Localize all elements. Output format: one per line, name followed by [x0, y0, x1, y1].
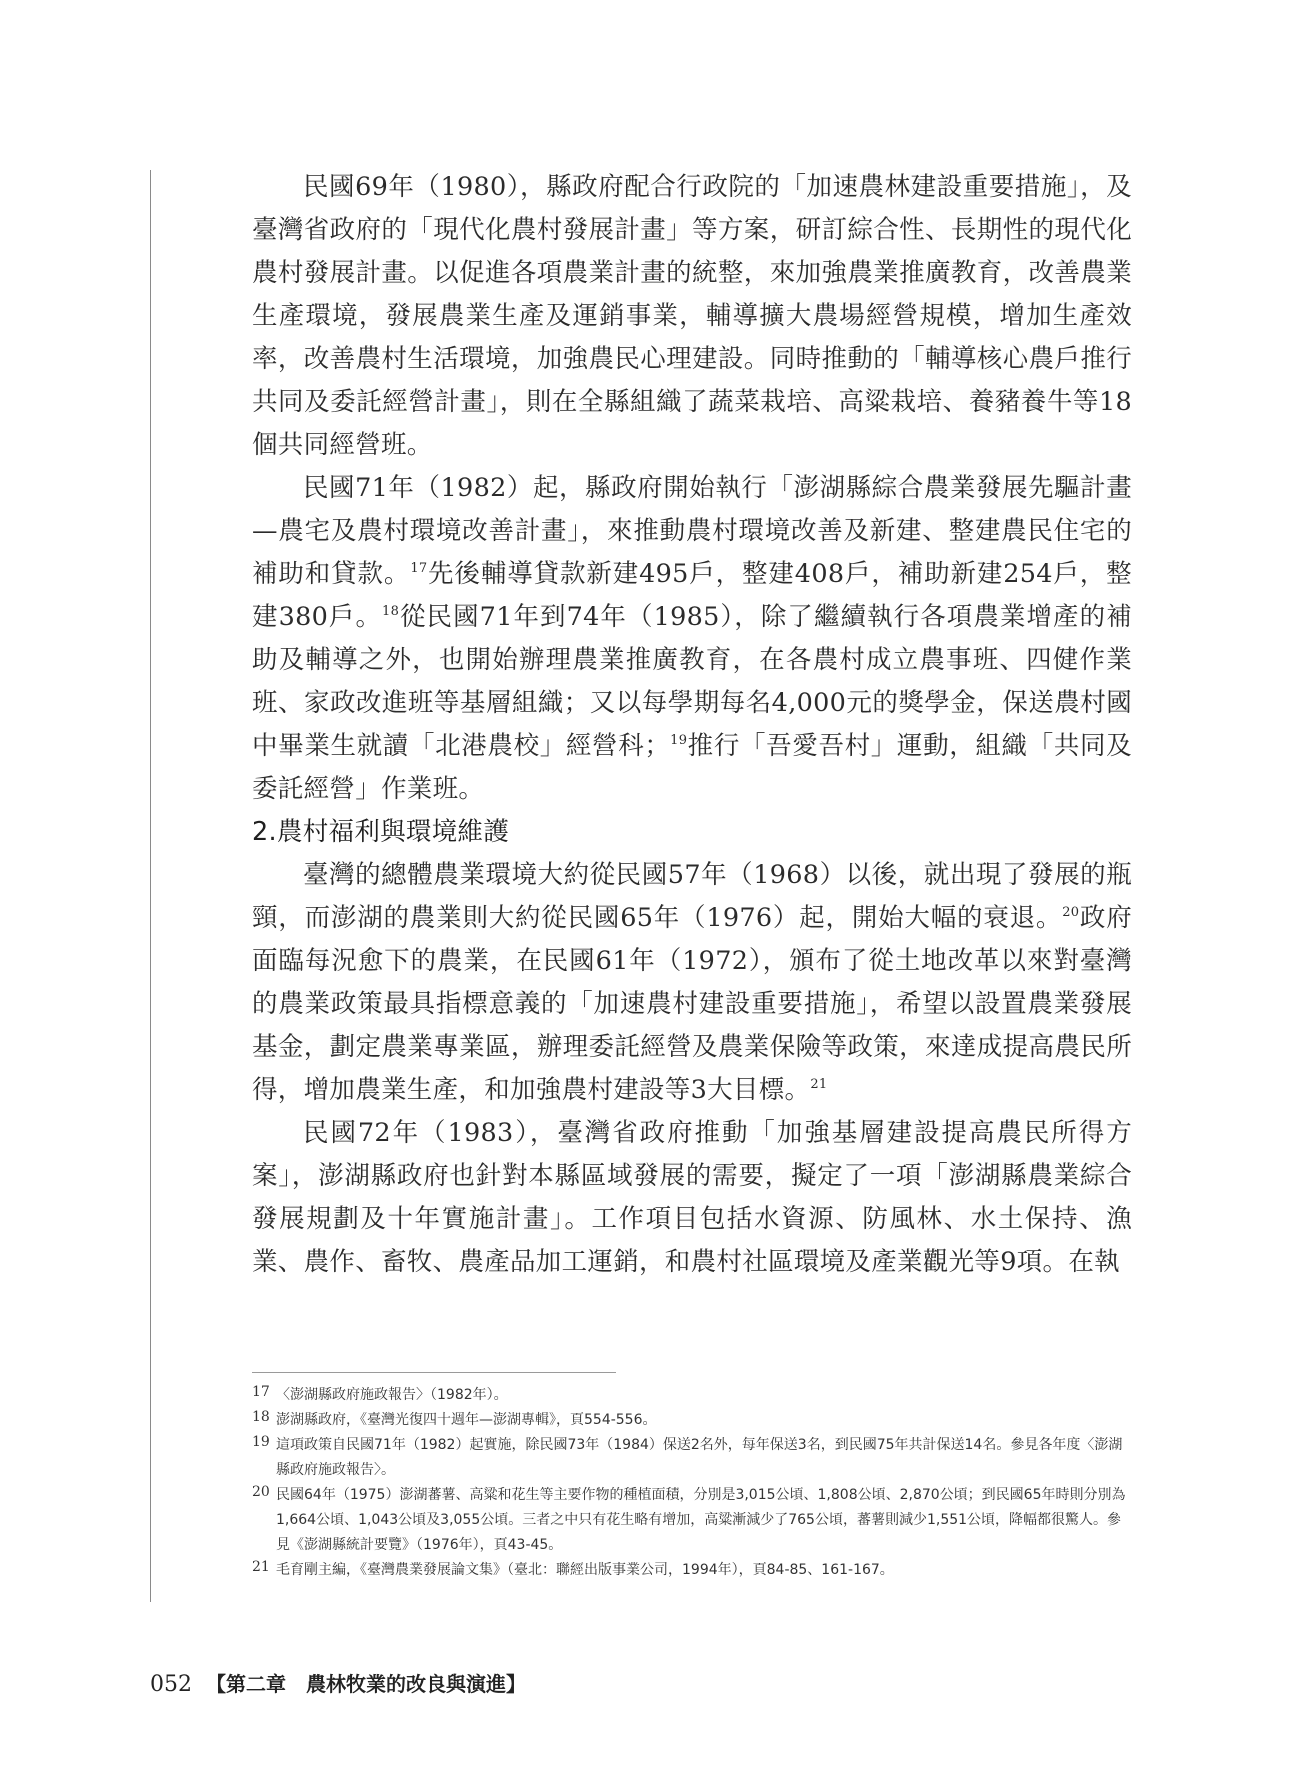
footnote-number: 19 [252, 1430, 276, 1480]
footnote-text: 毛育剛主編，《臺灣農業發展論文集》（臺北：聯經出版事業公司，1994年），頁84… [276, 1558, 1132, 1583]
body-text: 民國69年（1980），縣政府配合行政院的「加速農林建設重要措施」，及臺灣省政府… [252, 166, 1132, 1284]
footnote-ref[interactable]: 19 [670, 733, 687, 748]
footnote-number: 20 [252, 1480, 276, 1555]
footnote: 19這項政策自民國71年（1982）起實施，除民國73年（1984）保送2名外，… [252, 1433, 1132, 1483]
paragraph-text: 民國69年（1980），縣政府配合行政院的「加速農林建設重要措施」，及臺灣省政府… [252, 172, 1132, 460]
footnotes: 17〈澎湖縣政府施政報告〉（1982年）。18澎湖縣政府，《臺灣光復四十週年—澎… [252, 1383, 1132, 1583]
footnote-ref[interactable]: 20 [1062, 905, 1079, 920]
footnote-ref[interactable]: 18 [382, 604, 399, 619]
page-number: 052 [150, 1672, 192, 1697]
footnote-ref[interactable]: 17 [410, 561, 427, 576]
footnote: 20民國64年（1975）澎湖蕃薯、高粱和花生等主要作物的種植面積，分別是3,0… [252, 1483, 1132, 1558]
footnote-text: 澎湖縣政府，《臺灣光復四十週年—澎湖專輯》，頁554-556。 [276, 1408, 1132, 1433]
paragraph-text: 政府面臨每況愈下的農業，在民國61年（1972），頒布了從土地改革以來對臺灣的農… [252, 903, 1132, 1105]
paragraph: 臺灣的總體農業環境大約從民國57年（1968）以後，就出現了發展的瓶頸，而澎湖的… [252, 854, 1132, 1112]
footnote-number: 17 [252, 1380, 276, 1405]
footnote-ref[interactable]: 21 [810, 1077, 827, 1092]
footnote-number: 21 [252, 1555, 276, 1580]
margin-rule [150, 170, 151, 1602]
footnote-text: 這項政策自民國71年（1982）起實施，除民國73年（1984）保送2名外，每年… [276, 1433, 1132, 1483]
paragraph: 民國69年（1980），縣政府配合行政院的「加速農林建設重要措施」，及臺灣省政府… [252, 166, 1132, 467]
footnote-number: 18 [252, 1405, 276, 1430]
footnote-text: 〈澎湖縣政府施政報告〉（1982年）。 [276, 1383, 1132, 1408]
page-footer: 052【第二章 農林牧業的改良與演進】 [150, 1668, 526, 1697]
footnote: 18澎湖縣政府，《臺灣光復四十週年—澎湖專輯》，頁554-556。 [252, 1408, 1132, 1433]
paragraph: 民國72年（1983），臺灣省政府推動「加強基層建設提高農民所得方案」，澎湖縣政… [252, 1112, 1132, 1284]
footnote-divider [252, 1372, 616, 1373]
footnote: 17〈澎湖縣政府施政報告〉（1982年）。 [252, 1383, 1132, 1408]
section-heading: 2.農村福利與環境維護 [252, 811, 1132, 854]
paragraph-text: 民國72年（1983），臺灣省政府推動「加強基層建設提高農民所得方案」，澎湖縣政… [252, 1118, 1132, 1277]
footnote-text: 民國64年（1975）澎湖蕃薯、高粱和花生等主要作物的種植面積，分別是3,015… [276, 1483, 1132, 1558]
chapter-title: 【第二章 農林牧業的改良與演進】 [206, 1672, 526, 1696]
paragraph-text: 臺灣的總體農業環境大約從民國57年（1968）以後，就出現了發展的瓶頸，而澎湖的… [252, 860, 1132, 933]
paragraph: 民國71年（1982）起，縣政府開始執行「澎湖縣綜合農業發展先驅計畫—農宅及農村… [252, 467, 1132, 811]
footnote: 21毛育剛主編，《臺灣農業發展論文集》（臺北：聯經出版事業公司，1994年），頁… [252, 1558, 1132, 1583]
